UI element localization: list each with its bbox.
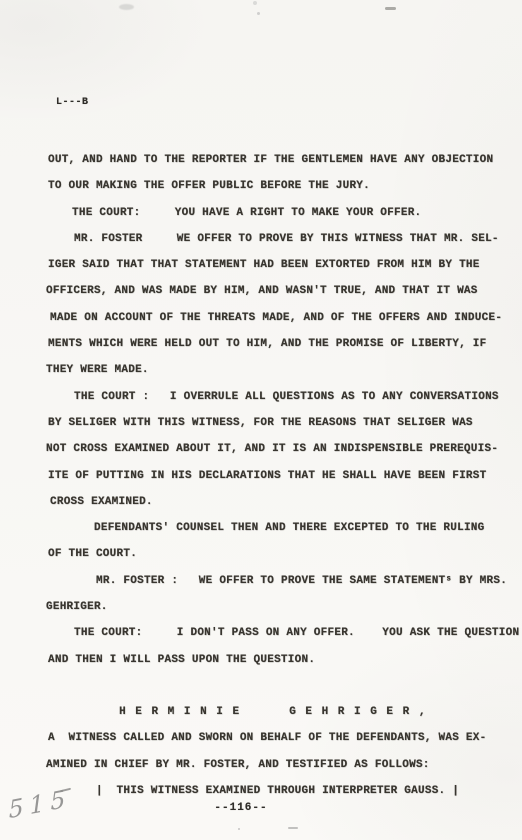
transcript-line: MENTS WHICH WERE HELD OUT TO HIM, AND TH… <box>48 331 498 357</box>
blank-line <box>48 673 498 699</box>
transcript-line: AMINED IN CHIEF BY MR. FOSTER, AND TESTI… <box>46 752 498 778</box>
transcript-line: ITE OF PUTTING IN HIS DECLARATIONS THAT … <box>48 463 498 489</box>
scan-artifact-dot <box>253 1 257 5</box>
transcript-line: THE COURT: I DON'T PASS ON ANY OFFER. YO… <box>48 620 498 646</box>
transcript-line: A WITNESS CALLED AND SWORN ON BEHALF OF … <box>48 725 498 751</box>
scan-artifact-smudge <box>119 4 134 10</box>
scan-artifact-dash <box>385 7 396 10</box>
transcript-line: GEHRIGER. <box>46 594 498 620</box>
transcript-line: NOT CROSS EXAMINED ABOUT IT, AND IT IS A… <box>46 436 498 462</box>
transcript-line: OF THE COURT. <box>48 541 498 567</box>
transcript-line: THE COURT : I OVERRULE ALL QUESTIONS AS … <box>48 384 498 410</box>
transcript-line: DEFENDANTS' COUNSEL THEN AND THERE EXCEP… <box>46 515 498 541</box>
transcript-line: TO OUR MAKING THE OFFER PUBLIC BEFORE TH… <box>48 173 498 199</box>
transcript-line: MR. FOSTER WE OFFER TO PROVE BY THIS WIT… <box>48 226 498 252</box>
transcript-line: OUT, AND HAND TO THE REPORTER IF THE GEN… <box>48 147 498 173</box>
transcript-line: THE COURT: YOU HAVE A RIGHT TO MAKE YOUR… <box>46 200 498 226</box>
typed-header-mark: L---B <box>56 97 89 108</box>
transcript-line: | THIS WITNESS EXAMINED THROUGH INTERPRE… <box>48 778 498 804</box>
transcript-line: CROSS EXAMINED. <box>50 489 498 515</box>
transcript-line: THEY WERE MADE. <box>46 357 498 383</box>
transcript-line: IGER SAID THAT THAT STATEMENT HAD BEEN E… <box>48 252 498 278</box>
transcript-line: MR. FOSTER : WE OFFER TO PROVE THE SAME … <box>48 568 498 594</box>
transcript-body: OUT, AND HAND TO THE REPORTER IF THE GEN… <box>48 147 498 804</box>
witness-name-heading: H E R M I N I E G E H R I G E R , <box>48 699 498 725</box>
page-number: --116-- <box>0 802 482 814</box>
scan-artifact-dash <box>288 827 298 829</box>
transcript-line: AND THEN I WILL PASS UPON THE QUESTION. <box>48 647 498 673</box>
transcript-line: BY SELIGER WITH THIS WITNESS, FOR THE RE… <box>48 410 498 436</box>
scan-artifact-dots <box>238 828 240 830</box>
scan-artifact-dot <box>257 12 260 15</box>
transcript-line: MADE ON ACCOUNT OF THE THREATS MADE, AND… <box>50 305 498 331</box>
transcript-line: OFFICERS, AND WAS MADE BY HIM, AND WASN'… <box>46 278 498 304</box>
